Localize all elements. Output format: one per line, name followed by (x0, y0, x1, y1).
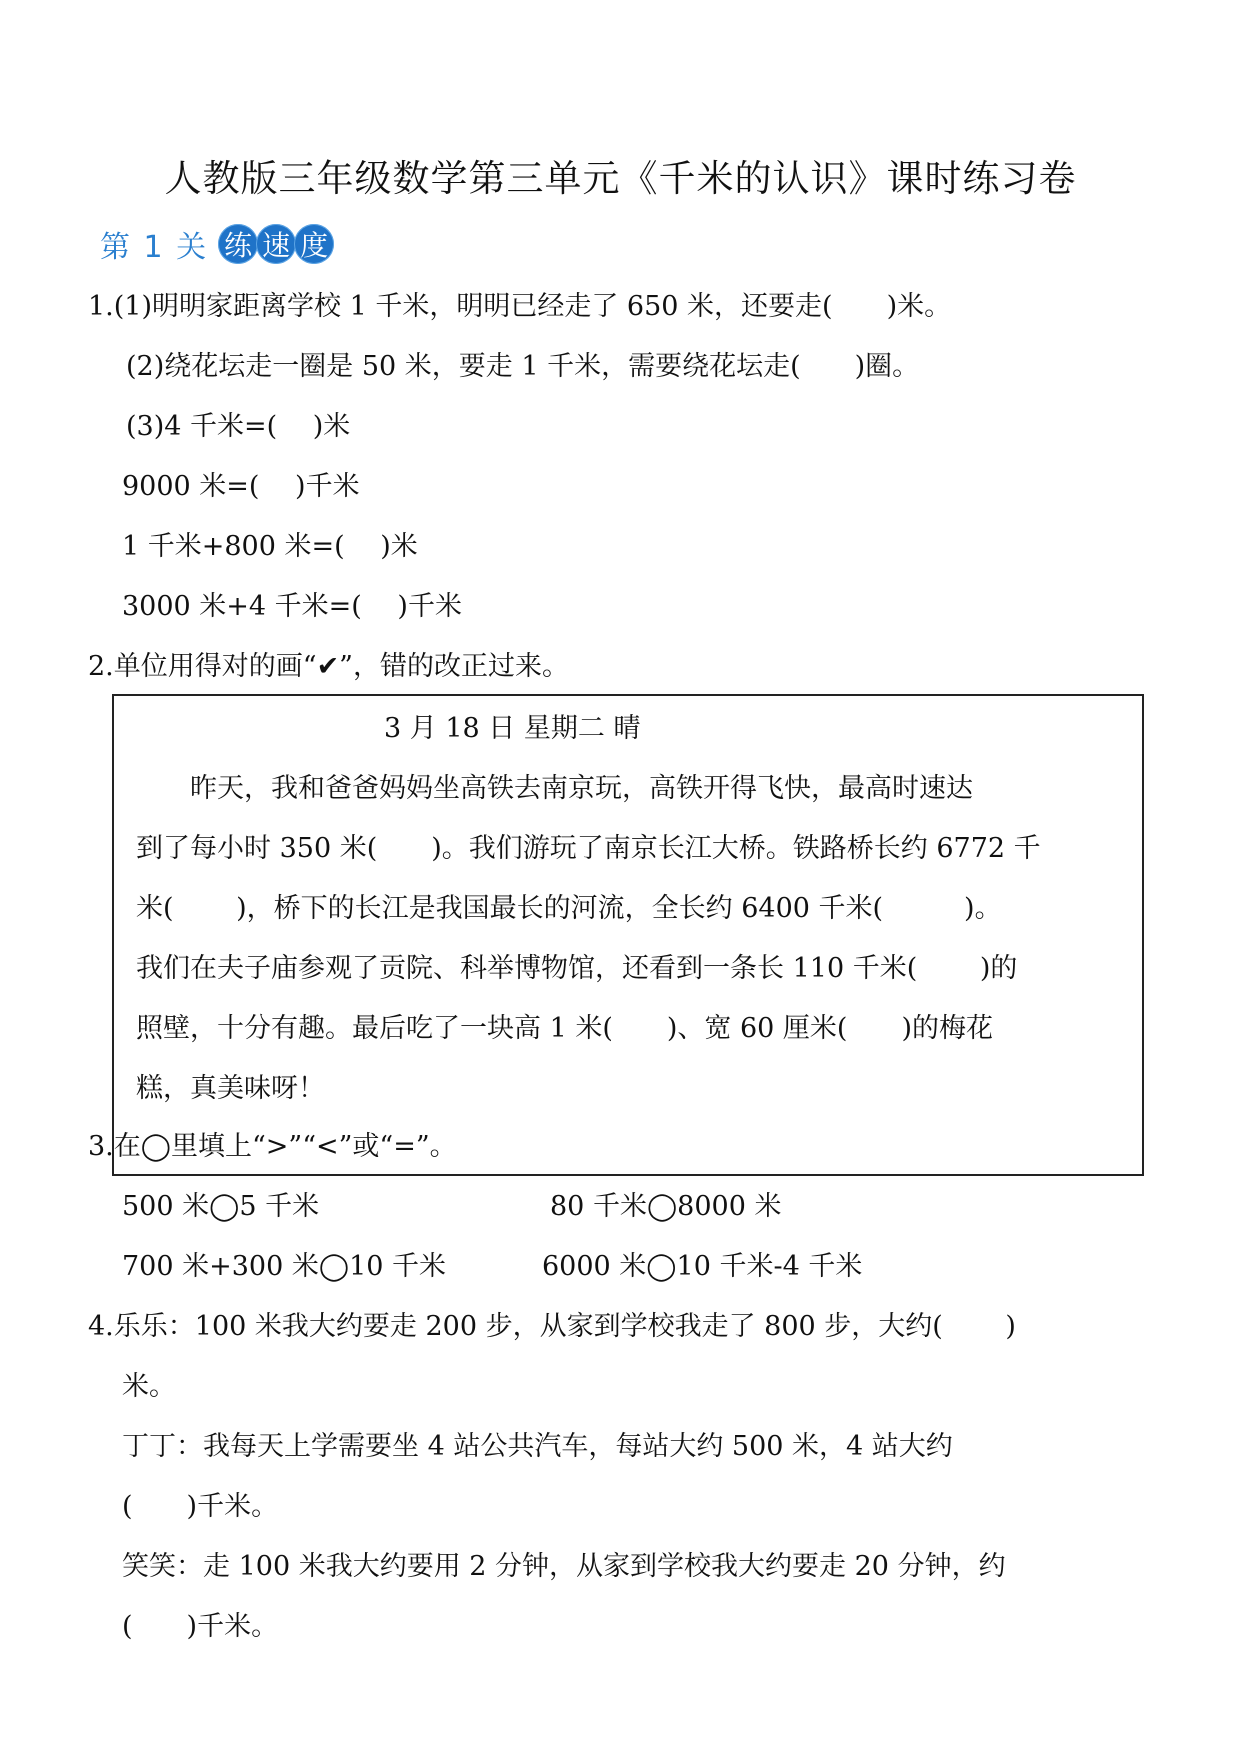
q4-dingding-line1: 丁丁：我每天上学需要坐 4 站公共汽车，每站大约 500 米，4 站大约 (122, 1424, 953, 1463)
q4-lele-line1: 4.乐乐：100 米我大约要走 200 步，从家到学校我走了 800 步，大约(… (88, 1304, 1016, 1343)
q1-part2: (2)绕花坛走一圈是 50 米，要走 1 千米，需要绕花坛走( )圈。 (126, 344, 919, 383)
q3-item-4: 6000 米◯10 千米-4 千米 (542, 1244, 862, 1283)
q1-part1: 1.(1)明明家距离学校 1 千米，明明已经走了 650 米，还要走( )米。 (88, 284, 951, 323)
badge-du: 度 (294, 224, 334, 264)
page-title: 人教版三年级数学第三单元《千米的认识》课时练习卷 (0, 148, 1241, 202)
q4-lele-line2: 米。 (122, 1364, 176, 1403)
q4-xiaoxiao-line2: ( )千米。 (122, 1604, 278, 1643)
badge-su: 速 (256, 224, 296, 264)
diary-line-4: 我们在夫子庙参观了贡院、科举博物馆，还看到一条长 110 千米( )的 (136, 946, 1017, 985)
q3-item-3: 700 米+300 米◯10 千米 (122, 1244, 446, 1283)
q4-dingding-line2: ( )千米。 (122, 1484, 278, 1523)
diary-header: 3 月 18 日 星期二 晴 (384, 706, 640, 745)
q1-part3-c: 1 千米+800 米=( )米 (122, 524, 418, 563)
q3-item-2: 80 千米◯8000 米 (550, 1184, 781, 1223)
q2-prompt: 2.单位用得对的画“✔”，错的改正过来。 (88, 644, 569, 683)
diary-line-3: 米( )，桥下的长江是我国最长的河流，全长约 6400 千米( )。 (136, 886, 1002, 925)
badge-lian: 练 (218, 224, 258, 264)
q4-xiaoxiao-line1: 笑笑：走 100 米我大约要用 2 分钟，从家到学校我大约要走 20 分钟，约 (122, 1544, 1006, 1583)
q1-part3-d: 3000 米+4 千米=( )千米 (122, 584, 462, 623)
level-label: 第 1 关 (100, 222, 208, 266)
q1-part3-b: 9000 米=( )千米 (122, 464, 360, 503)
diary-line-6: 糕，真美味呀！ (136, 1066, 325, 1105)
q3-prompt: 3.在◯里填上“>”“<”或“=”。 (88, 1124, 457, 1163)
level-header: 第 1 关 练 速 度 (100, 222, 332, 266)
diary-line-5: 照壁，十分有趣。最后吃了一块高 1 米( )、宽 60 厘米( )的梅花 (136, 1006, 993, 1045)
q3-item-1: 500 米◯5 千米 (122, 1184, 319, 1223)
q1-part3: (3)4 千米=( )米 (126, 404, 350, 443)
diary-line-1: 昨天，我和爸爸妈妈坐高铁去南京玩，高铁开得飞快，最高时速达 (136, 766, 973, 805)
diary-line-2: 到了每小时 350 米( )。我们游玩了南京长江大桥。铁路桥长约 6772 千 (136, 826, 1041, 865)
